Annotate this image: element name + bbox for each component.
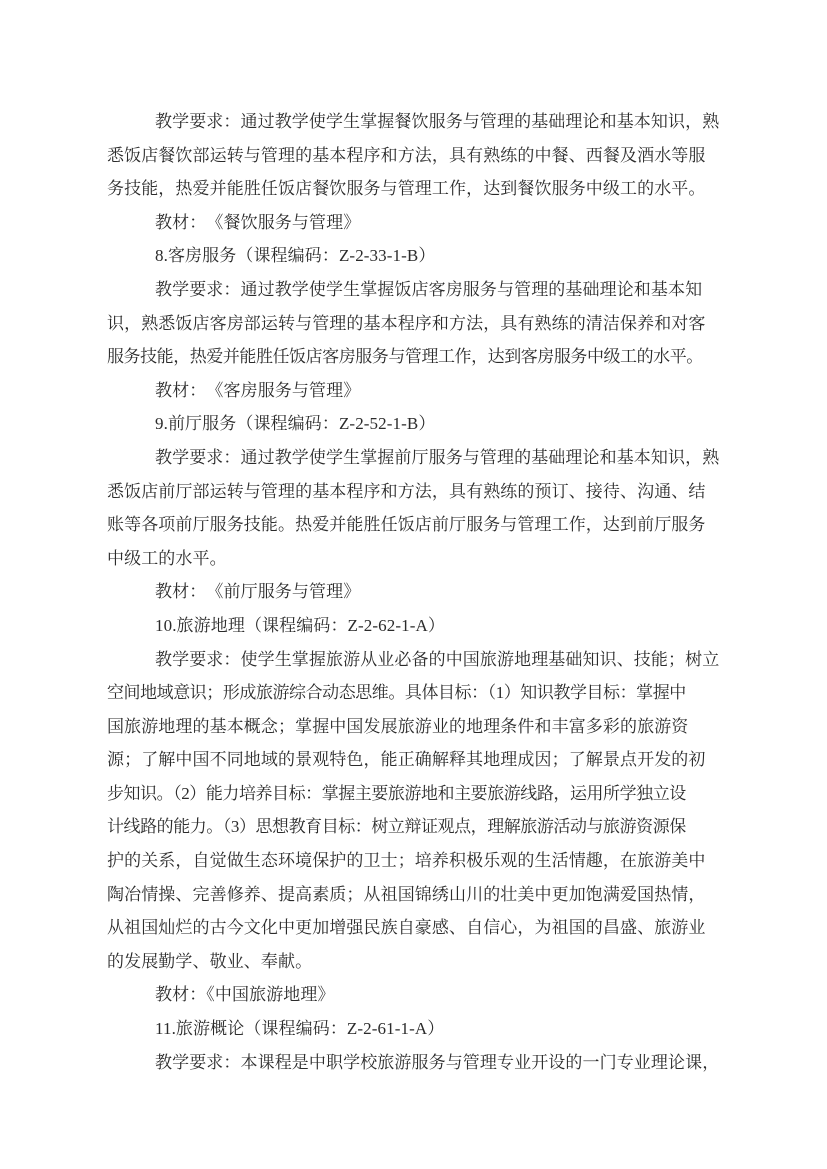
document-line: 中级工的水平。: [107, 542, 710, 576]
document-line: 从祖国灿烂的古今文化中更加增强民族自豪感、自信心，为祖国的昌盛、旅游业: [107, 911, 710, 945]
document-line: 教学要求：通过教学使学生掌握餐饮服务与管理的基础理论和基本知识，熟: [107, 105, 710, 139]
document-line: 账等各项前厅服务技能。热爱并能胜任饭店前厅服务与管理工作，达到前厅服务: [107, 508, 710, 542]
document-line: 计线路的能力。（3）思想教育目标：树立辩证观点，理解旅游活动与旅游资源保: [107, 810, 710, 844]
document-line: 务技能，热爱并能胜任饭店餐饮服务与管理工作，达到餐饮服务中级工的水平。: [107, 172, 710, 206]
document-line: 空间地域意识；形成旅游综合动态思维。具体目标：（1）知识教学目标：掌握中: [107, 676, 710, 710]
document-line: 教学要求：使学生掌握旅游从业必备的中国旅游地理基础知识、技能；树立: [107, 643, 710, 677]
document-line: 教学要求：本课程是中职学校旅游服务与管理专业开设的一门专业理论课，: [107, 1046, 710, 1080]
document-line: 教学要求：通过教学使学生掌握饭店客房服务与管理的基础理论和基本知: [107, 273, 710, 307]
document-line: 的发展勤学、敬业、奉献。: [107, 945, 710, 979]
document-line: 悉饭店餐饮部运转与管理的基本程序和方法，具有熟练的中餐、西餐及酒水等服: [107, 139, 710, 173]
document-line: 悉饭店前厅部运转与管理的基本程序和方法，具有熟练的预订、接待、沟通、结: [107, 475, 710, 509]
document-line: 教材： 《前厅服务与管理》: [107, 575, 710, 609]
document-line: 教学要求：通过教学使学生掌握前厅服务与管理的基础理论和基本知识，熟: [107, 441, 710, 475]
document-line: 教材： 《餐饮服务与管理》: [107, 206, 710, 240]
document-line: 教材： 《客房服务与管理》: [107, 374, 710, 408]
document-line: 8.客房服务（课程编码：Z-2-33-1-B）: [107, 239, 710, 273]
document-line: 步知识。（2）能力培养目标：掌握主要旅游地和主要旅游线路，运用所学独立设: [107, 777, 710, 811]
document-line: 服务技能，热爱并能胜任饭店客房服务与管理工作，达到客房服务中级工的水平。: [107, 340, 710, 374]
document-line: 国旅游地理的基本概念；掌握中国发展旅游业的地理条件和丰富多彩的旅游资: [107, 710, 710, 744]
document-line: 识，熟悉饭店客房部运转与管理的基本程序和方法，具有熟练的清洁保养和对客: [107, 307, 710, 341]
document-line: 陶冶情操、完善修养、提高素质；从祖国锦绣山川的壮美中更加饱满爱国热情，: [107, 878, 710, 912]
document-line: 护的关系，自觉做生态环境保护的卫士；培养积极乐观的生活情趣，在旅游美中: [107, 844, 710, 878]
document-line: 10.旅游地理（课程编码：Z-2-62-1-A）: [107, 609, 710, 643]
document-line: 9.前厅服务（课程编码：Z-2-52-1-B）: [107, 407, 710, 441]
document-page: 教学要求：通过教学使学生掌握餐饮服务与管理的基础理论和基本知识，熟悉饭店餐饮部运…: [0, 0, 827, 1169]
document-line: 教材：《中国旅游地理》: [107, 978, 710, 1012]
document-line: 11.旅游概论（课程编码：Z-2-61-1-A）: [107, 1012, 710, 1046]
document-line: 源；了解中国不同地域的景观特色，能正确解释其地理成因；了解景点开发的初: [107, 743, 710, 777]
document-text-block: 教学要求：通过教学使学生掌握餐饮服务与管理的基础理论和基本知识，熟悉饭店餐饮部运…: [107, 105, 710, 1079]
